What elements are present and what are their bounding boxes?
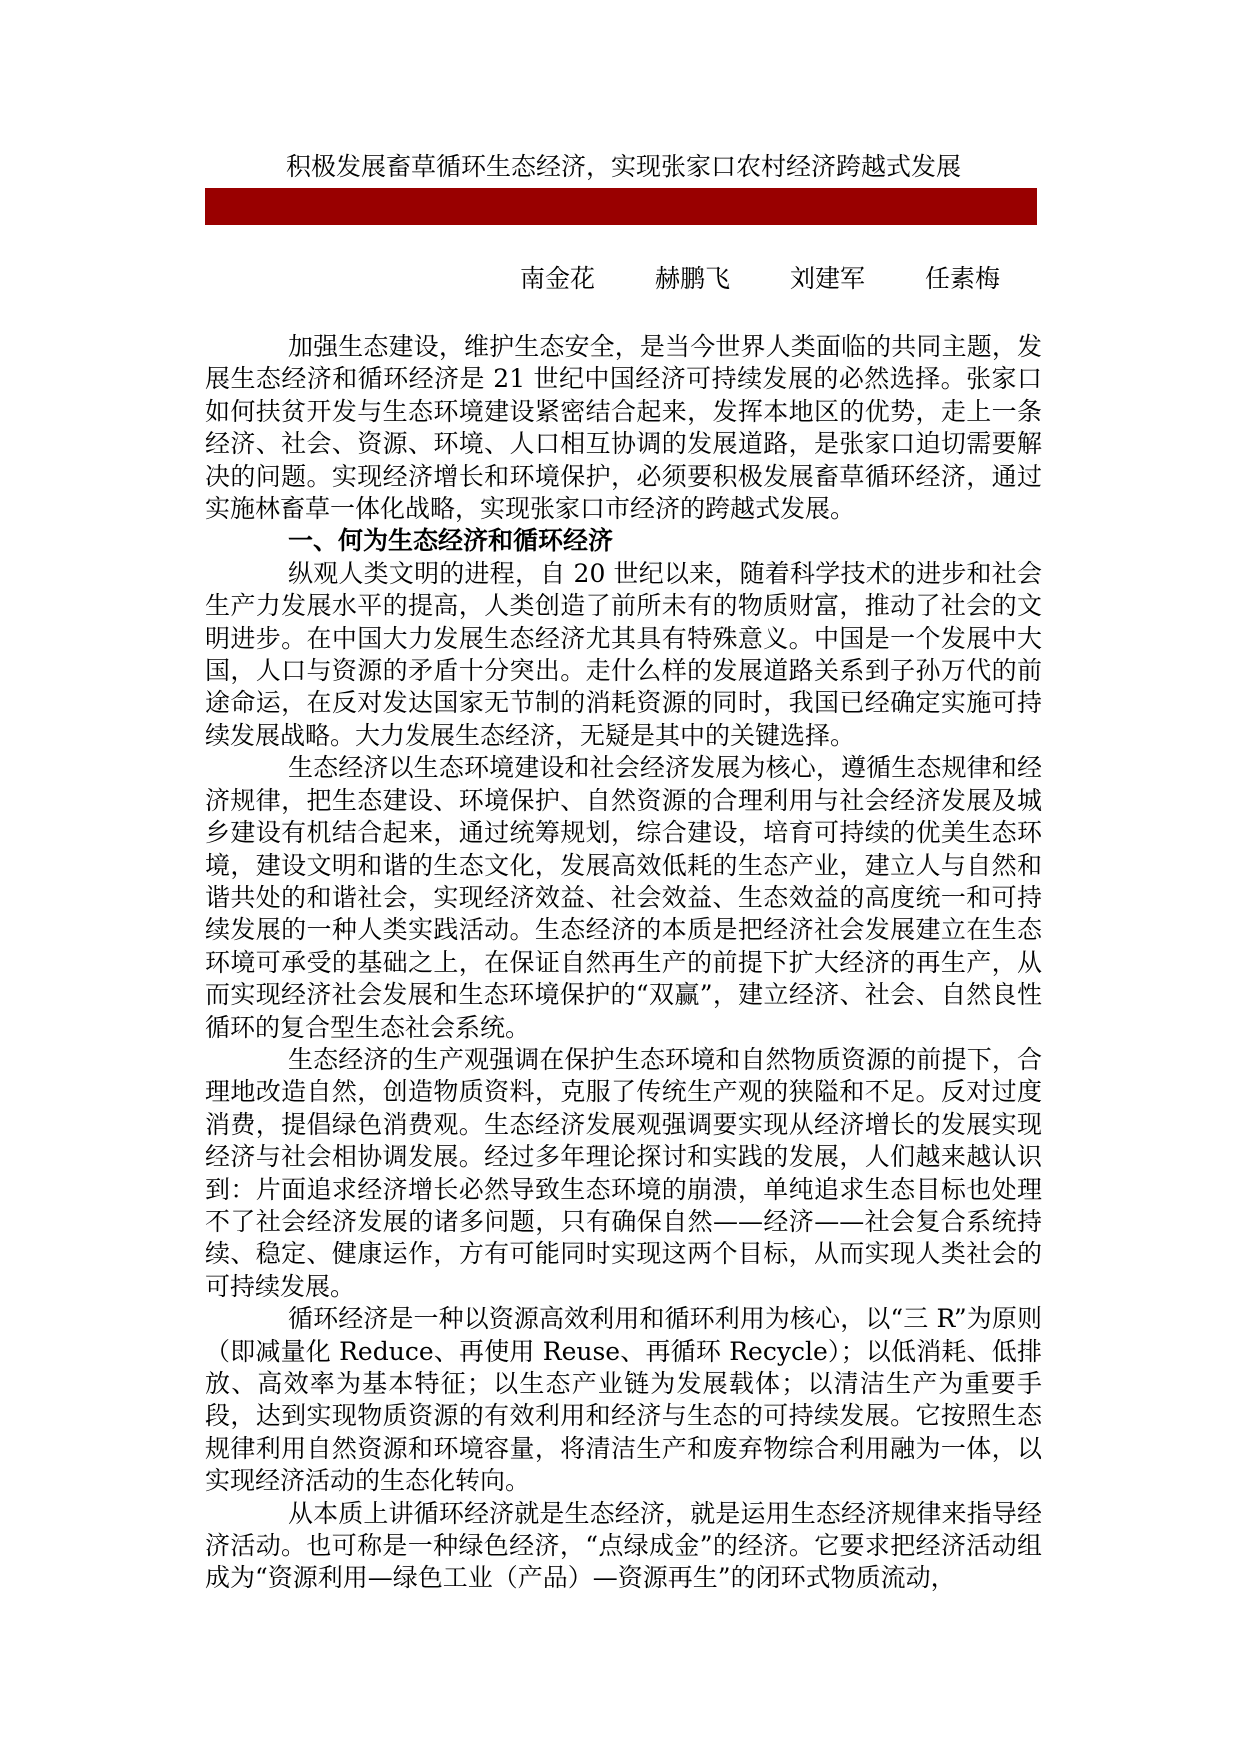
author-line: 南金花 赫鹏飞 刘建军 任素梅 bbox=[205, 265, 1042, 293]
title-divider-bar bbox=[205, 188, 1037, 225]
author-name-1: 南金花 bbox=[520, 265, 595, 293]
paragraph-5: 循环经济是一种以资源高效利用和循环利用为核心，以“三 R”为原则（即减量化 Re… bbox=[205, 1303, 1042, 1497]
document-body: 加强生态建设，维护生态安全，是当今世界人类面临的共同主题，发展生态经济和循环经济… bbox=[205, 331, 1042, 1595]
paragraph-intro: 加强生态建设，维护生态安全，是当今世界人类面临的共同主题，发展生态经济和循环经济… bbox=[205, 331, 1042, 525]
document-title: 积极发展畜草循环生态经济，实现张家口农村经济跨越式发展 bbox=[205, 0, 1042, 183]
author-name-4: 任素梅 bbox=[925, 265, 1000, 293]
author-name-3: 刘建军 bbox=[790, 265, 865, 293]
section-heading-1: 一、何为生态经济和循环经济 bbox=[205, 525, 1042, 557]
paragraph-3: 生态经济以生态环境建设和社会经济发展为核心，遵循生态规律和经济规律，把生态建设、… bbox=[205, 752, 1042, 1044]
paragraph-2: 纵观人类文明的进程，自 20 世纪以来，随着科学技术的进步和社会生产力发展水平的… bbox=[205, 558, 1042, 752]
document-content-column: 积极发展畜草循环生态经济，实现张家口农村经济跨越式发展 南金花 赫鹏飞 刘建军 … bbox=[205, 0, 1042, 1595]
paragraph-6: 从本质上讲循环经济就是生态经济，就是运用生态经济规律来指导经济活动。也可称是一种… bbox=[205, 1498, 1042, 1595]
paragraph-4: 生态经济的生产观强调在保护生态环境和自然物质资源的前提下，合理地改造自然，创造物… bbox=[205, 1044, 1042, 1303]
author-name-2: 赫鹏飞 bbox=[655, 265, 730, 293]
document-page: 积极发展畜草循环生态经济，实现张家口农村经济跨越式发展 南金花 赫鹏飞 刘建军 … bbox=[0, 0, 1241, 1754]
